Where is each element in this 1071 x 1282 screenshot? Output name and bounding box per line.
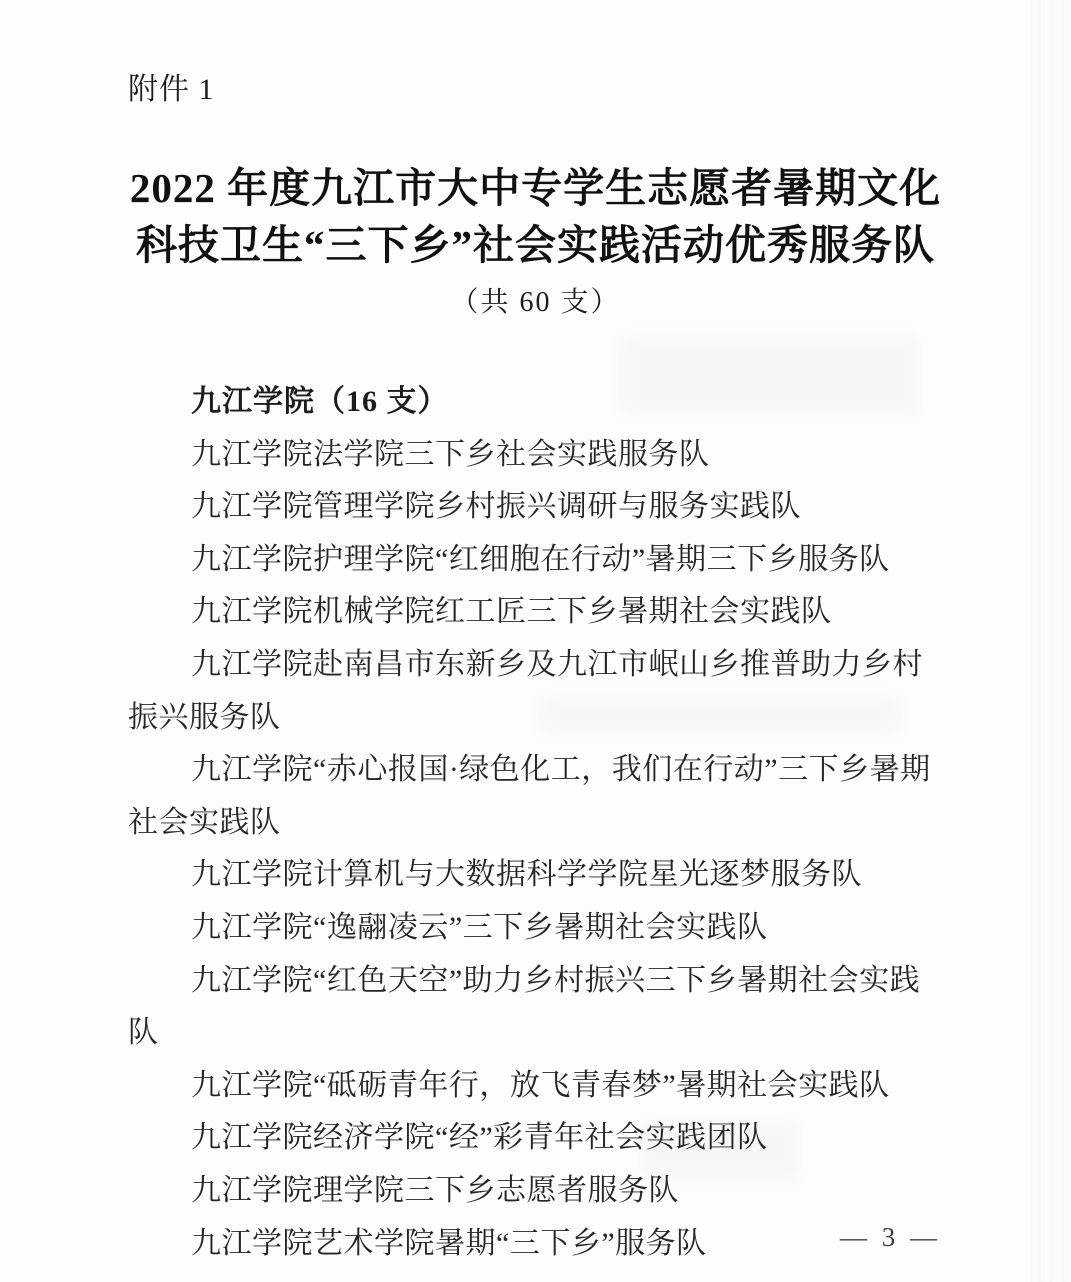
document-title-line-2: 科技卫生“三下乡”社会实践活动优秀服务队 xyxy=(0,217,1071,274)
section-header-jiujiang-university: 九江学院（16 支） xyxy=(128,376,946,429)
team-list-item: 九江学院理学院三下乡志愿者服务队 xyxy=(128,1165,946,1218)
attachment-label: 附件 1 xyxy=(128,70,215,110)
team-list-item: 九江学院法学院三下乡社会实践服务队 xyxy=(128,429,946,482)
team-list-item: 九江学院“赤心报国·绿色化工，我们在行动”三下乡暑期社会实践队 xyxy=(128,744,946,849)
team-count-note: （共 60 支） xyxy=(0,284,1071,322)
team-list-item: 九江学院管理学院乡村振兴调研与服务实践队 xyxy=(128,481,946,534)
team-list-item: 九江学院计算机与大数据科学学院星光逐梦服务队 xyxy=(128,849,946,902)
team-list-item: 九江学院“逸翮凌云”三下乡暑期社会实践队 xyxy=(128,902,946,955)
team-list-item: 九江学院经济学院“经”彩青年社会实践团队 xyxy=(128,1112,946,1165)
document-title-line-1: 2022 年度九江市大中专学生志愿者暑期文化 xyxy=(0,160,1071,217)
document-page: 附件 1 2022 年度九江市大中专学生志愿者暑期文化 科技卫生“三下乡”社会实… xyxy=(0,0,1071,1282)
team-list-item: 九江学院机械学院红工匠三下乡暑期社会实践队 xyxy=(128,586,946,639)
team-list-item: 九江学院“红色天空”助力乡村振兴三下乡暑期社会实践队 xyxy=(128,955,946,1060)
team-list-item: 九江学院护理学院“红细胞在行动”暑期三下乡服务队 xyxy=(128,534,946,587)
team-list-section: 九江学院（16 支） 九江学院法学院三下乡社会实践服务队 九江学院管理学院乡村振… xyxy=(128,376,946,1270)
team-list-item: 九江学院艺术学院暑期“三下乡”服务队 xyxy=(128,1218,946,1271)
team-list-item: 九江学院赴南昌市东新乡及九江市岷山乡推普助力乡村振兴服务队 xyxy=(128,639,946,744)
team-list-item: 九江学院“砥砺青年行，放飞青春梦”暑期社会实践队 xyxy=(128,1060,946,1113)
page-number: — 3 — xyxy=(840,1222,941,1253)
document-title: 2022 年度九江市大中专学生志愿者暑期文化 科技卫生“三下乡”社会实践活动优秀… xyxy=(0,160,1071,274)
